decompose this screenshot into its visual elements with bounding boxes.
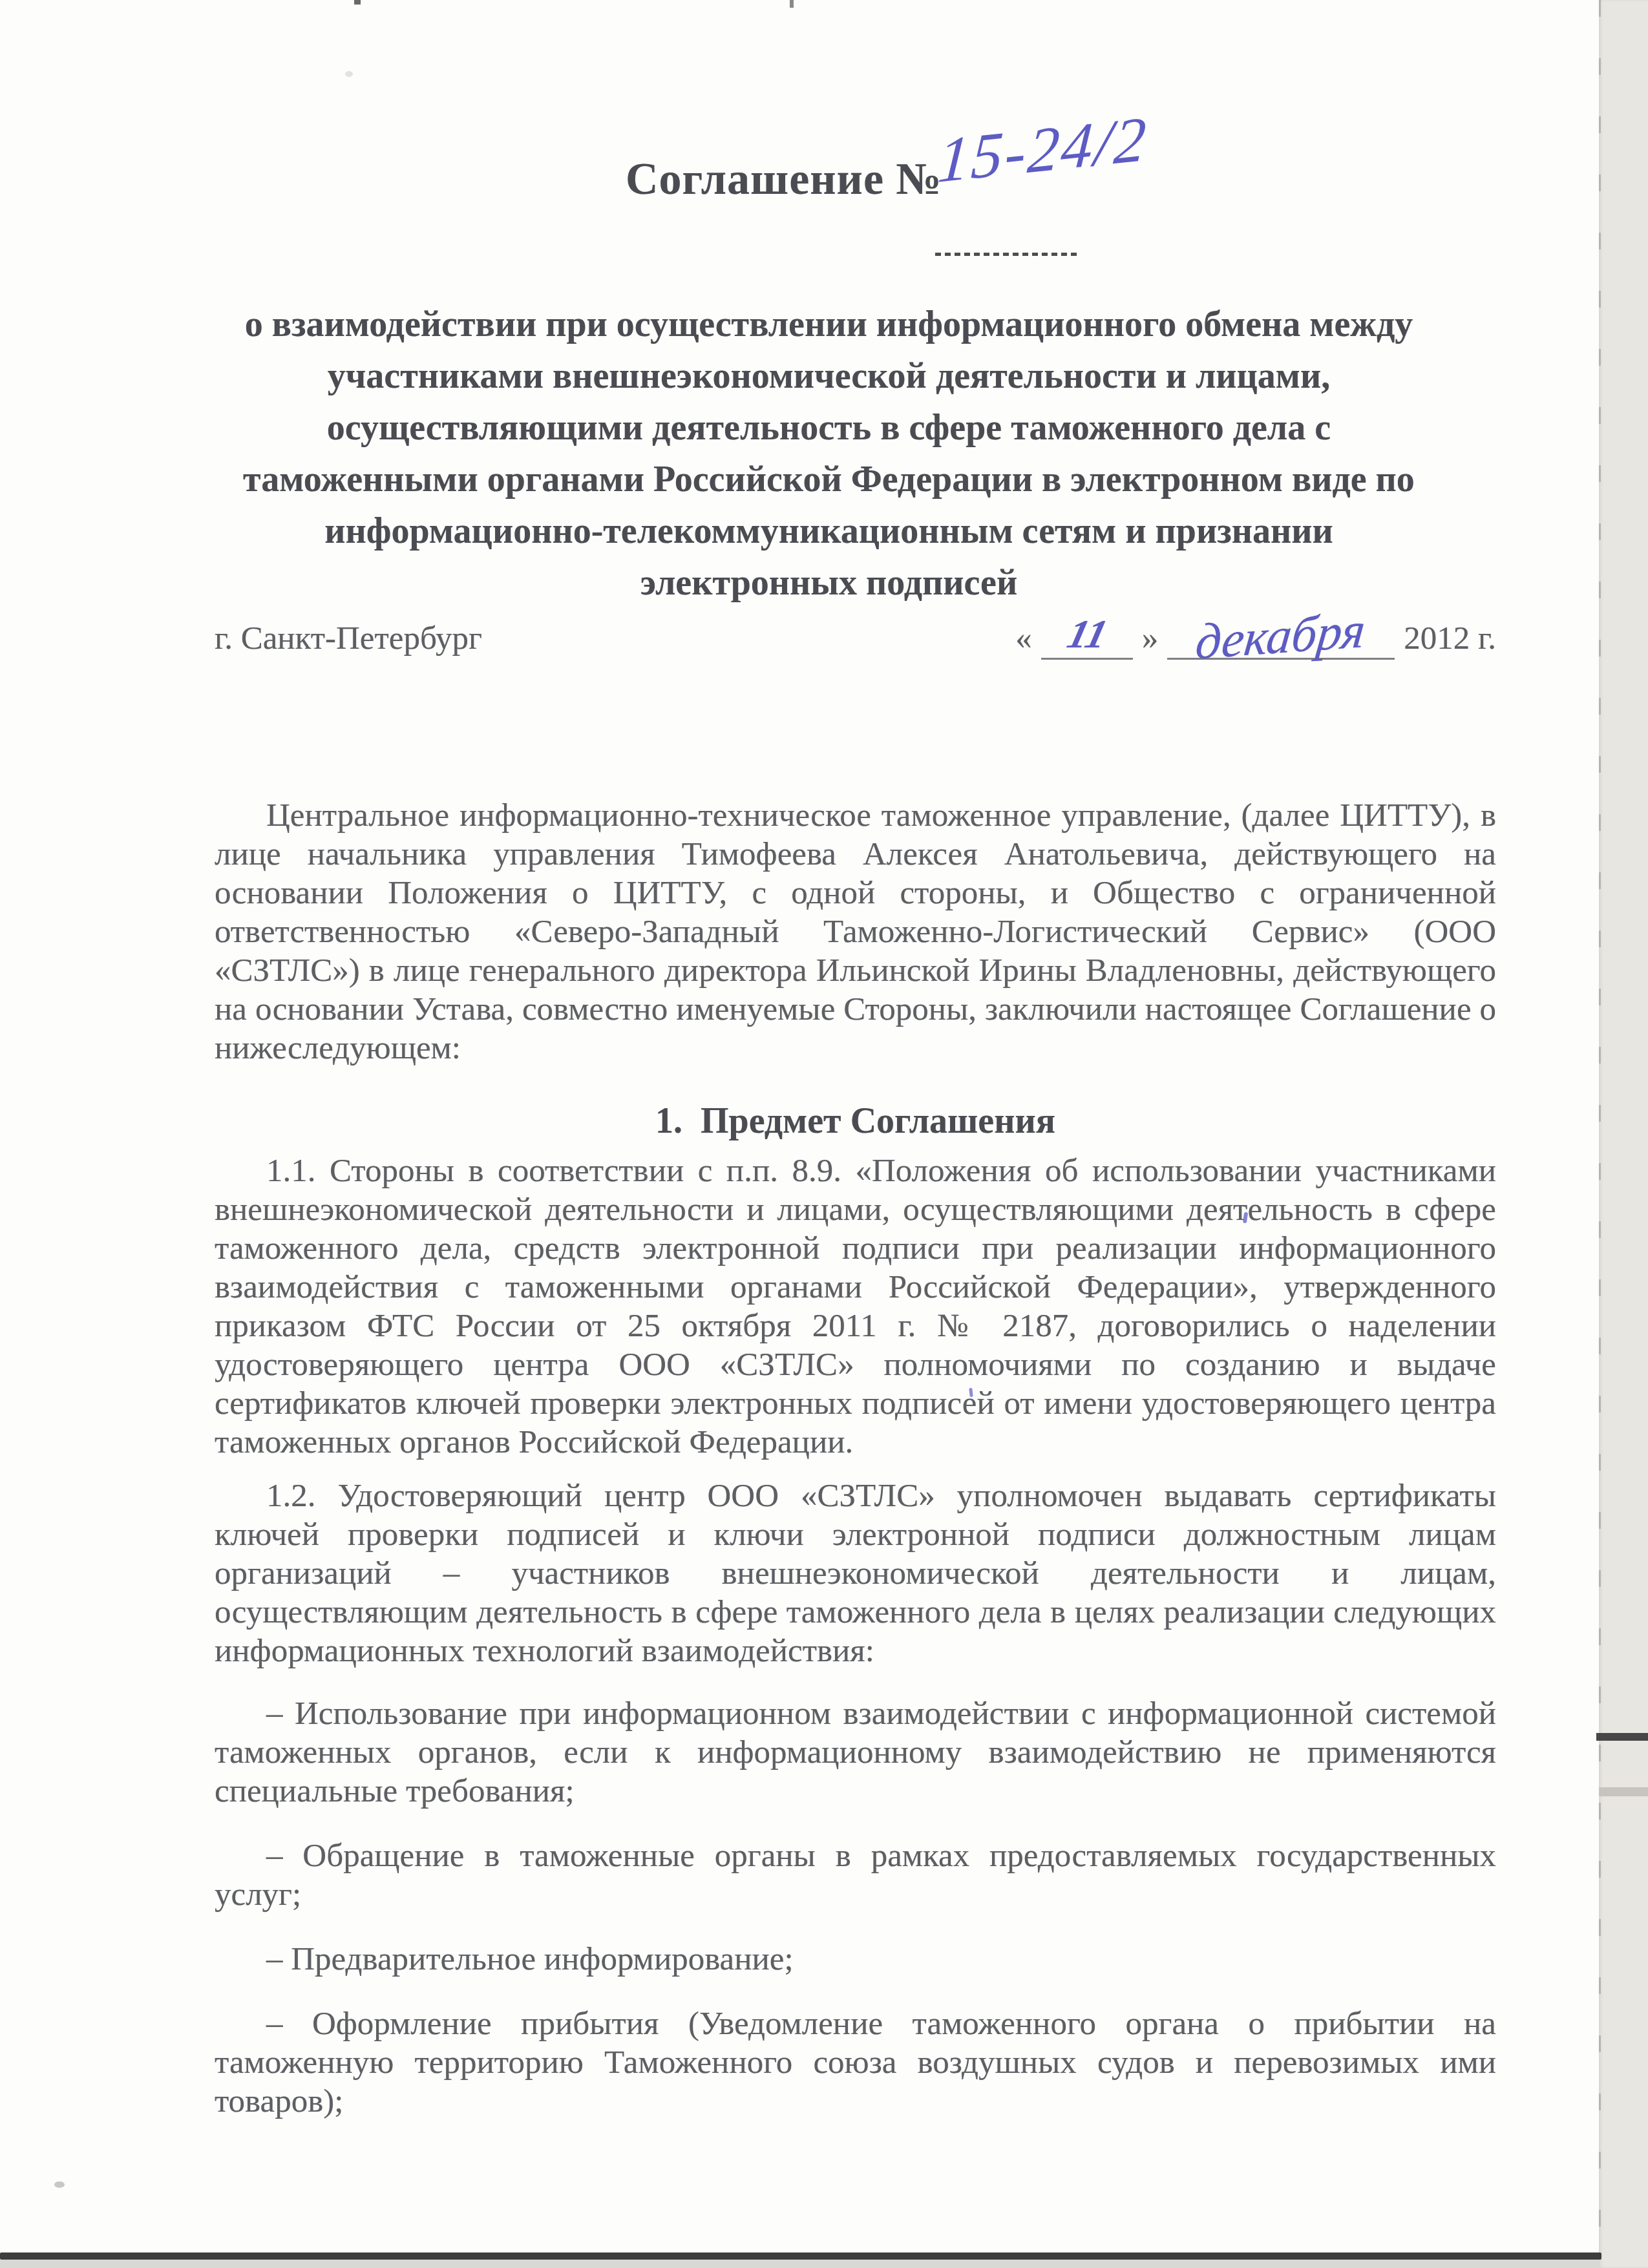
year-label: 2012 г. (1404, 619, 1496, 658)
agreement-number-underline (935, 253, 1079, 256)
list-item: – Оформление прибытия (Уведомление тамож… (215, 2004, 1496, 2121)
scan-speck (54, 2181, 65, 2188)
day-underline-slot: 11 (1041, 616, 1133, 660)
list-item: – Использование при информационном взаим… (215, 1694, 1496, 1811)
scan-top-tick (354, 0, 361, 5)
clause-1-2-paragraph: 1.2. Удостоверяющий центр ООО «СЗТЛС» уп… (215, 1476, 1496, 1670)
scan-bottom-shadow (0, 2260, 1599, 2268)
document-title: Соглашение № (626, 157, 942, 202)
clause-1-1-paragraph: 1.1. Стороны в соответствии с п.п. 8.9. … (215, 1151, 1496, 1462)
subtitle-line: таможенными органами Российской Федераци… (187, 454, 1470, 505)
date-group: « 11 » декабря 2012 г. (1015, 613, 1496, 660)
technology-list: – Использование при информационном взаим… (215, 1694, 1496, 2147)
subtitle-line: электронных подписей (187, 557, 1470, 609)
place-and-date-line: г. Санкт-Петербург « 11 » декабря 2012 г… (215, 613, 1496, 660)
section-1-heading: 1. Предмет Соглашения (215, 1102, 1496, 1140)
document-subtitle: о взаимодействии при осуществлении инфор… (187, 299, 1470, 609)
subtitle-line: о взаимодействии при осуществлении инфор… (187, 299, 1470, 350)
day-handwritten: 11 (1064, 615, 1112, 654)
scan-bottom-edge-line (0, 2252, 1601, 2260)
list-item: – Обращение в таможенные органы в рамках… (215, 1836, 1496, 1914)
clause-1-1-block: 1.1. Стороны в соответствии с п.п. 8.9. … (215, 1151, 1496, 1462)
preamble-block: Центральное информационно-техническое та… (215, 796, 1496, 1067)
list-item: – Предварительное информирование; (215, 1940, 1496, 1979)
preamble-paragraph: Центральное информационно-техническое та… (215, 796, 1496, 1067)
scan-speck (345, 71, 353, 77)
open-quote: « (1015, 619, 1032, 658)
agreement-number-handwritten: 15-24/2 (936, 107, 1150, 194)
scan-artifact-dark-mark (1596, 1733, 1648, 1741)
city-label: г. Санкт-Петербург (215, 619, 482, 658)
subtitle-line: участниками внешнеэкономической деятельн… (187, 350, 1470, 402)
scan-artifact-light-mark (1599, 1787, 1648, 1796)
scanned-document-page: Соглашение № 15-24/2 о взаимодействии пр… (0, 0, 1648, 2268)
scan-top-tick (790, 0, 794, 8)
clause-1-2-block: 1.2. Удостоверяющий центр ООО «СЗТЛС» уп… (215, 1476, 1496, 1670)
close-quote: » (1142, 619, 1159, 658)
month-underline-slot: декабря (1167, 613, 1395, 660)
scanner-edge-strip (1599, 0, 1648, 2268)
month-handwritten: декабря (1194, 611, 1368, 662)
subtitle-line: информационно-телекоммуникационным сетям… (187, 505, 1470, 557)
subtitle-line: осуществляющими деятельность в сфере там… (187, 402, 1470, 454)
